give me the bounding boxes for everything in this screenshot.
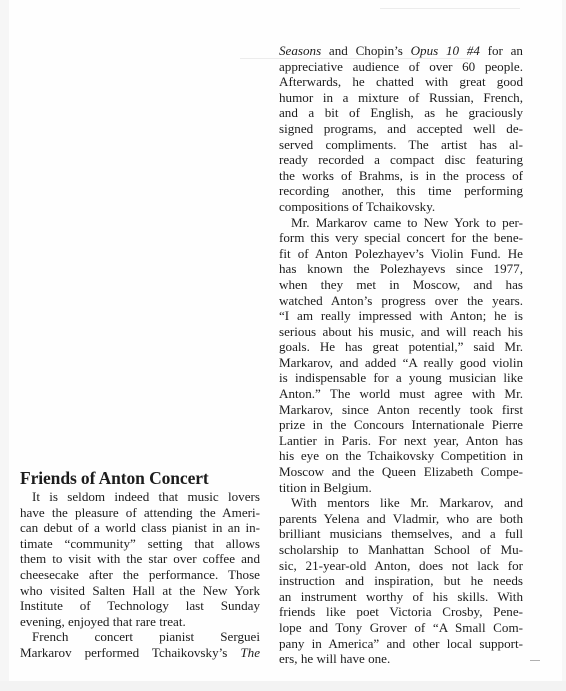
text-line: the works of Brahms, is in the process o…	[279, 168, 523, 184]
text-line: them to visit with the star over coffee …	[20, 551, 260, 567]
article-headline: Friends of Anton Concert	[20, 468, 260, 488]
text-line: signed programs, and accepted well de-	[279, 121, 523, 137]
text-line: ready recorded a compact disc featuring	[279, 152, 523, 168]
scan-artifact	[380, 8, 520, 9]
left-column: Friends of Anton Concert It is seldom in…	[20, 468, 260, 661]
text-line: French concert pianist Serguei	[20, 629, 260, 645]
text-line: It is seldom indeed that music lovers	[20, 489, 260, 505]
text-line: Mr. Markarov came to New York to per-	[279, 215, 523, 231]
text-line: Afterwards, he chatted with great good	[279, 74, 523, 90]
text-line: brilliant musicians themselves, and a fu…	[279, 526, 523, 542]
text-line: Markarov, and added “A really good violi…	[279, 355, 523, 371]
text-line: has known the Polezhayevs since 1977,	[279, 261, 523, 277]
text-line: Lantier in Paris. For next year, Anton h…	[279, 433, 523, 449]
text-line: compositions of Tchaikovsky.	[279, 199, 523, 215]
text-line: pany in America” and other local support…	[279, 636, 523, 652]
text-line: have the pleasure of attending the Ameri…	[20, 505, 260, 521]
text-line: when they met in Moscow, and has	[279, 277, 523, 293]
text-line: Anton.” The world must agree with Mr.	[279, 386, 523, 402]
text-line: fit of Anton Polezhayev’s Violin Fund. H…	[279, 246, 523, 262]
text-line: lope and Tony Grover of “A Small Com-	[279, 620, 523, 636]
text-line: form this very special concert for the b…	[279, 230, 523, 246]
scan-bottom-edge	[0, 681, 566, 691]
text-line: can debut of a world class pianist in an…	[20, 520, 260, 536]
text-line: is indispensable for a young musician li…	[279, 370, 523, 386]
right-column: Seasons and Chopin’s Opus 10 #4 for an a…	[279, 43, 523, 667]
text-line: evening, enjoyed that rare treat.	[20, 614, 260, 630]
scan-mark	[530, 660, 540, 661]
text-line: “I am really impressed with Anton; he is	[279, 308, 523, 324]
text-line: recording another, this time performing	[279, 183, 523, 199]
text-line: appreciative audience of over 60 people.	[279, 59, 523, 75]
text-line: Moscow and the Queen Elizabeth Compe-	[279, 464, 523, 480]
text-line: timate “community” setting that allows	[20, 536, 260, 552]
text-line: ers, he will have one.	[279, 651, 523, 667]
text-line: who visited Salten Hall at the New York	[20, 583, 260, 599]
text-line: serious about his music, and will reach …	[279, 324, 523, 340]
text-line: parents Yelena and Vladmir, who are both	[279, 511, 523, 527]
text-line: and a bit of English, as he graciously	[279, 105, 523, 121]
italic-title-opus: Opus 10 #4	[411, 43, 480, 58]
text-fragment: Markarov performed Tchaikovsky’s	[20, 645, 227, 660]
text-line: humor in a mixture of Russian, French,	[279, 90, 523, 106]
italic-title-fragment: The	[240, 645, 260, 660]
text-line: cheesecake after the performance. Those	[20, 567, 260, 583]
text-line: sic, 21-year-old Anton, does not lack fo…	[279, 558, 523, 574]
text-fragment: for an	[480, 43, 523, 58]
scan-right-edge	[562, 0, 566, 691]
text-line: watched Anton’s progress over the years.	[279, 293, 523, 309]
text-line: tition in Belgium.	[279, 480, 523, 496]
scanned-page: Friends of Anton Concert It is seldom in…	[0, 0, 566, 691]
text-line: instruction and inspiration, but he need…	[279, 573, 523, 589]
text-line: served compliments. The artist has al-	[279, 137, 523, 153]
text-fragment: and Chopin’s	[321, 43, 410, 58]
scan-left-edge	[0, 0, 9, 691]
text-line: scholarship to Manhattan School of Mu-	[279, 542, 523, 558]
italic-title-seasons: Seasons	[279, 43, 321, 58]
text-line: friends like poet Victoria Crosby, Pene-	[279, 604, 523, 620]
text-line: Markarov performed Tchaikovsky’s The	[20, 645, 260, 661]
text-line: With mentors like Mr. Markarov, and	[279, 495, 523, 511]
text-line: prize in the Concours Internationale Pie…	[279, 417, 523, 433]
text-line: goals. He has great potential,” said Mr.	[279, 339, 523, 355]
text-line: Seasons and Chopin’s Opus 10 #4 for an	[279, 43, 523, 59]
text-line: Institute of Technology last Sunday	[20, 598, 260, 614]
text-line: Markarov, since Anton recently took firs…	[279, 402, 523, 418]
text-line: his eye on the Tchaikovsky Competition i…	[279, 448, 523, 464]
text-line: an instrument worthy of his skills. With	[279, 589, 523, 605]
